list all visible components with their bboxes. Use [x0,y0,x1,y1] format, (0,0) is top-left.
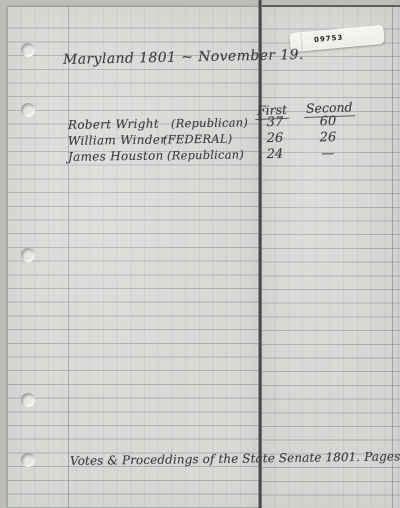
candidate-party: (FEDERAL) [163,132,233,147]
candidate-name: William Winder [68,133,166,148]
vote-first: 26 [254,131,296,147]
handwriting-layer: Maryland 1801 ~ November 19. First Secon… [0,0,400,508]
vote-second: — [305,146,351,162]
candidate-name: James Houston [68,149,164,164]
page-title: Maryland 1801 ~ November 19. [63,47,304,68]
vote-first: 24 [254,147,296,163]
vote-second: 26 [305,130,351,146]
candidate-party: (Republican) [171,115,248,130]
vote-first: 37 [254,115,296,131]
candidate-party: (Republican) [167,147,244,162]
source-citation: Votes & Proceddings of the State Senate … [70,449,400,468]
candidate-name: Robert Wright [68,117,159,132]
vote-second: 60 [305,114,351,130]
scanned-document: 09753 Maryland 1801 ~ November 19. First… [0,0,400,508]
